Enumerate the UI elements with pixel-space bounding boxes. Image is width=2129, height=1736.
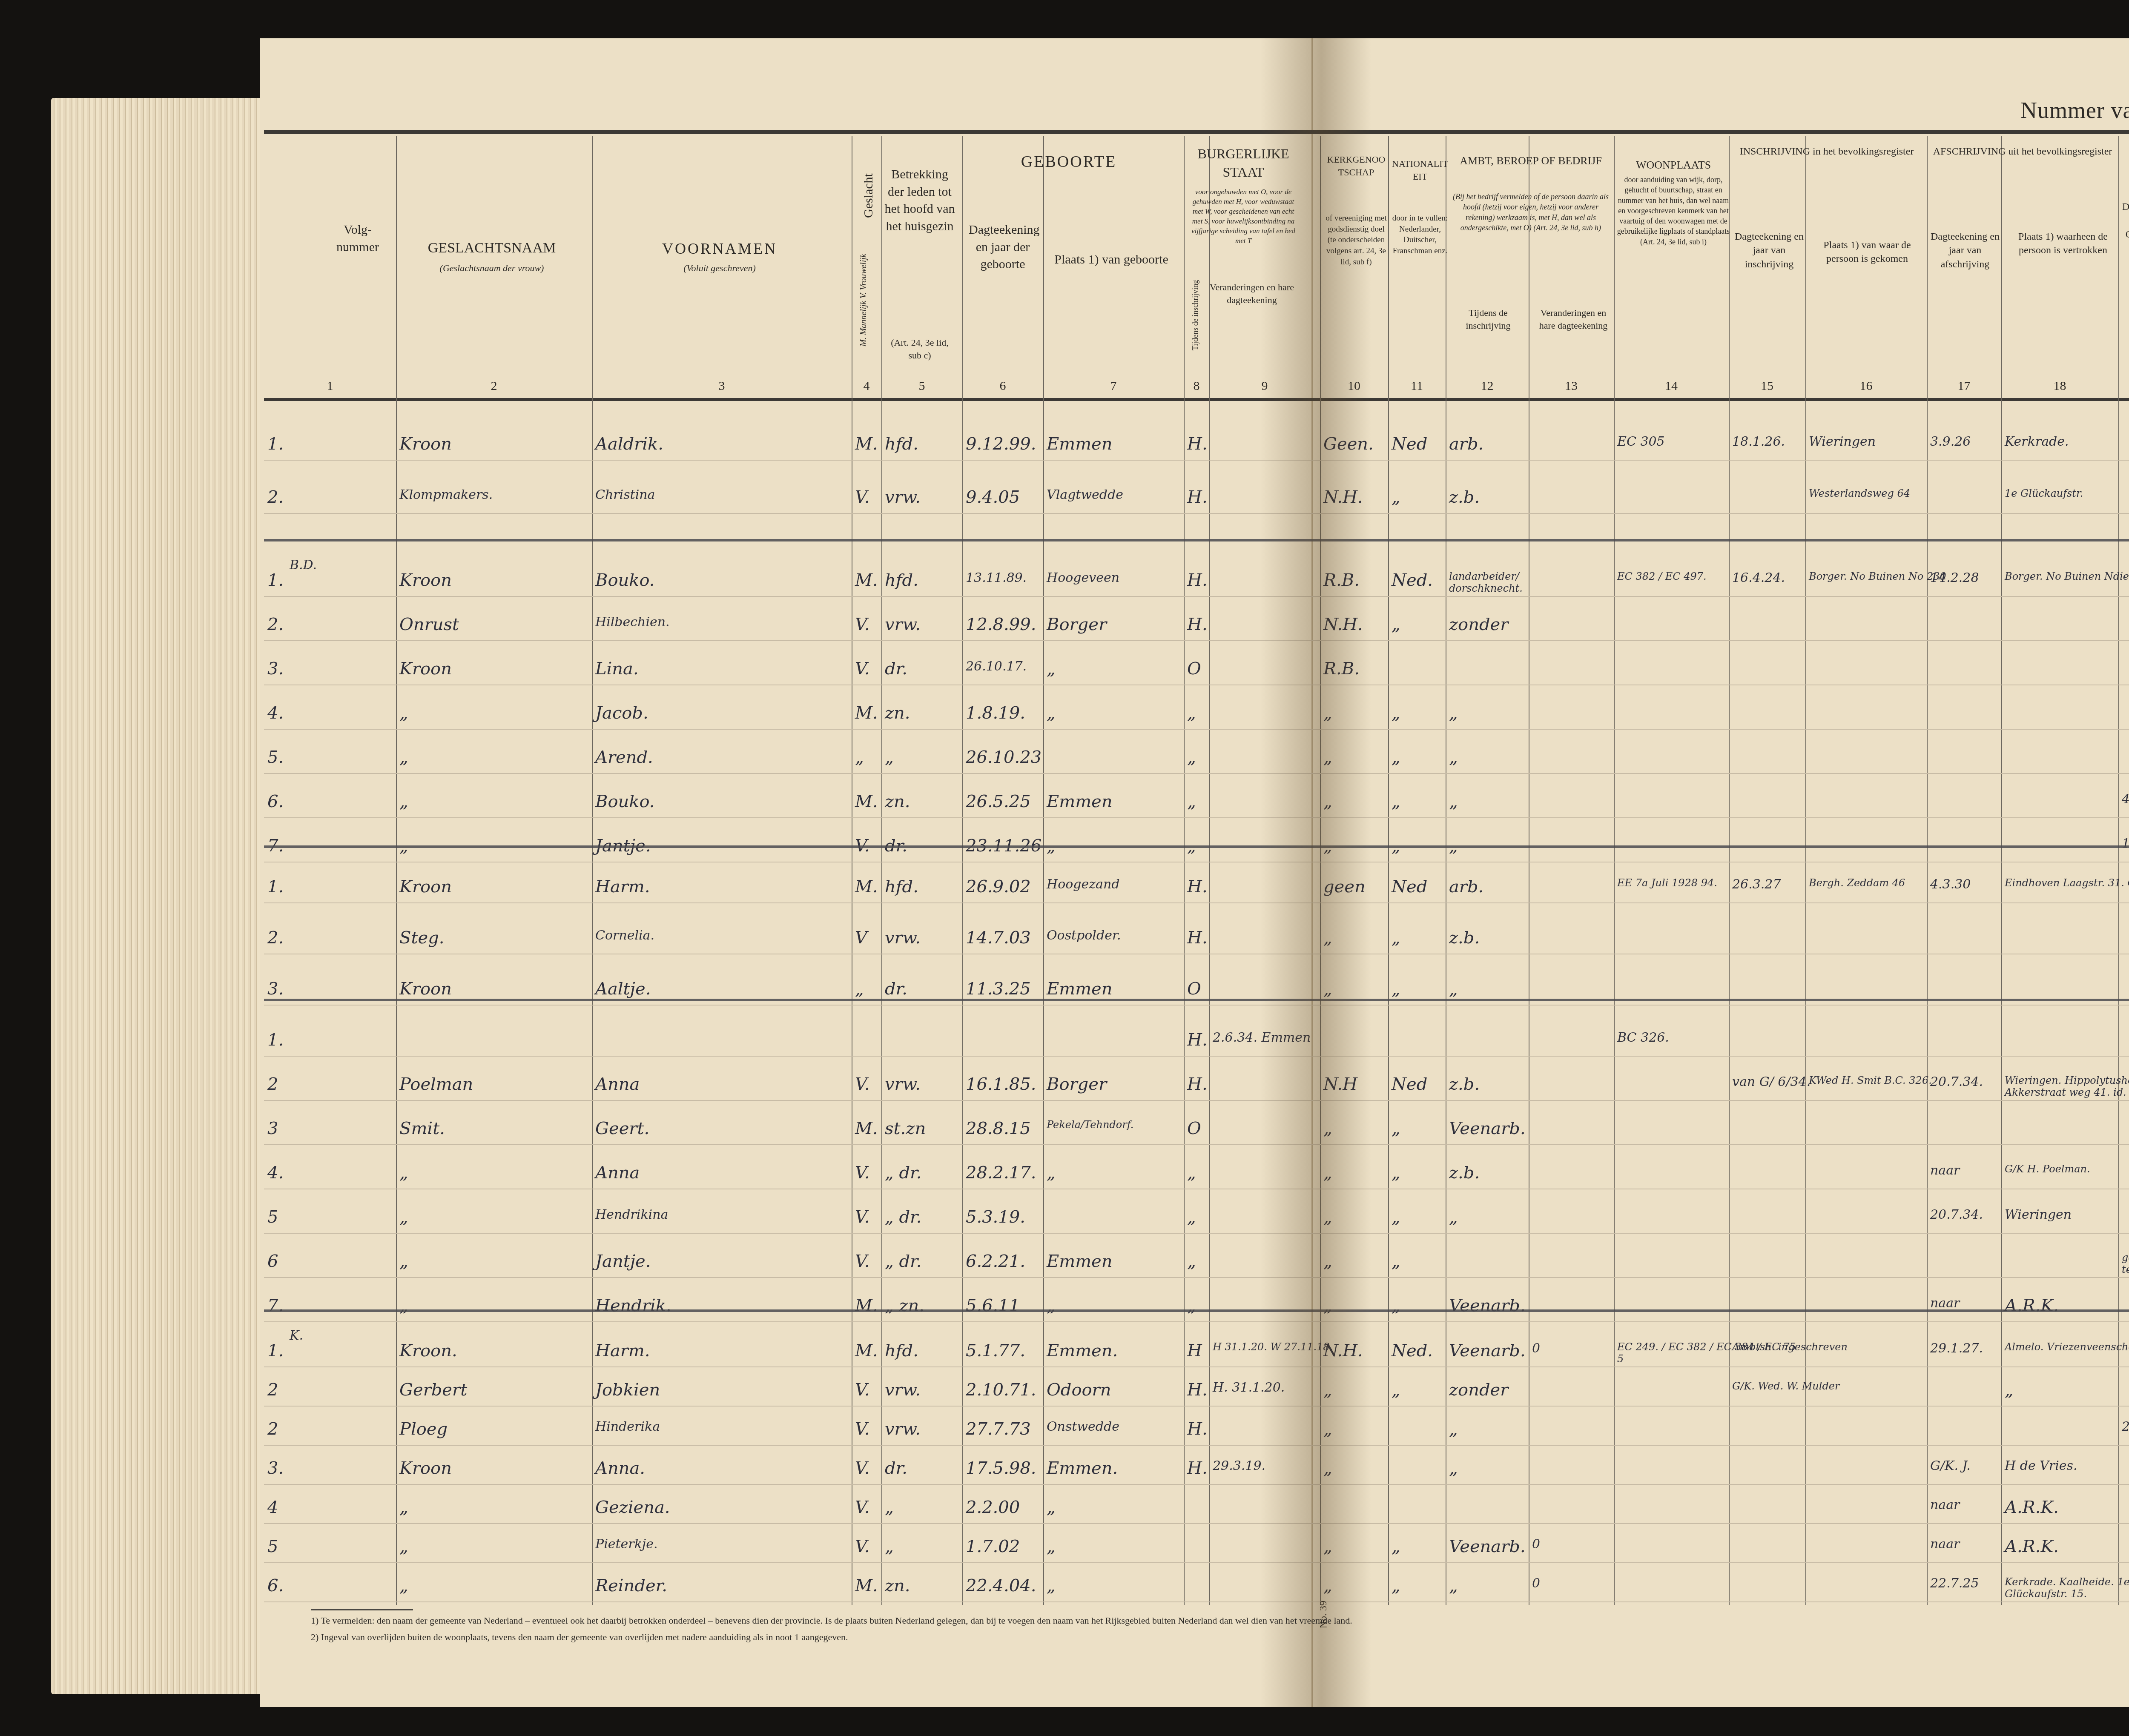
- cell-n: 6.: [267, 1576, 284, 1596]
- cell-church: N.H: [1323, 1074, 1357, 1094]
- geboorte-group-header: GEBOORTE: [969, 151, 1169, 173]
- household-separator: [264, 999, 2129, 1001]
- cell-job: „: [1449, 792, 1458, 811]
- ambt-header: AMBT, BEROEP OF BEDRIJF: [1448, 153, 1614, 168]
- cell-civ-change: H. 31.1.20.: [1213, 1380, 1285, 1395]
- cell-nat: „: [1392, 928, 1400, 948]
- row-ruling: [264, 1523, 2129, 1524]
- cell-n: 1.: [267, 434, 284, 454]
- cell-surname: „: [399, 792, 408, 811]
- cell-surname: Onrust: [399, 615, 459, 634]
- column-number: 12: [1446, 379, 1529, 393]
- cell-n: 6: [267, 1252, 278, 1271]
- cell-given: Hendrikina: [595, 1207, 668, 1222]
- cell-church: Geen.: [1323, 434, 1374, 454]
- cell-nat: „: [1392, 487, 1400, 507]
- cell-job: „: [1449, 1207, 1458, 1227]
- cell-n: 2.: [267, 928, 284, 948]
- afschrijving-header: AFSCHRIJVING uit het bevolkingsregister: [1927, 145, 2118, 158]
- col9-header: Veranderingen en hare dagteekening: [1205, 281, 1299, 306]
- cell-rel: vrw.: [885, 1419, 921, 1439]
- col13-header: Veranderingen en hare dagteekening: [1533, 307, 1614, 332]
- cell-sex: „: [855, 979, 864, 999]
- cell-civ: O: [1187, 1119, 1201, 1138]
- cell-place: „: [1047, 1163, 1056, 1183]
- cell-church: R.B.: [1323, 570, 1360, 590]
- cell-church: „: [1323, 979, 1332, 999]
- cell-rel: hfd.: [885, 434, 918, 454]
- cell-civ: „: [1187, 1207, 1196, 1227]
- page-stack-edge: [51, 98, 273, 1694]
- col16-header: Plaats 1) van waar de persoon is gekomen: [1810, 238, 1925, 266]
- col5-header: Betrekking der leden tot het hoofd van h…: [884, 166, 956, 235]
- cell-job: zonder: [1449, 1380, 1508, 1400]
- cell-born: 28.2.17.: [966, 1163, 1036, 1183]
- row-ruling: [264, 1366, 2129, 1367]
- cell-rel: „: [885, 748, 894, 767]
- col7-header: Plaats 1) van geboorte: [1047, 251, 1175, 269]
- household-margin-note: B.D.: [290, 558, 317, 573]
- cell-church: „: [1323, 1163, 1332, 1183]
- cell-address: EC 382 / EC 497.: [1617, 570, 1707, 582]
- household-separator: [264, 539, 2129, 541]
- cell-place: Odoorn: [1047, 1380, 1111, 1400]
- cell-rel: hfd.: [885, 1341, 918, 1361]
- col14-subheader: door aanduiding van wijk, dorp, gehucht …: [1616, 175, 1731, 247]
- cell-given: Jantje.: [595, 1252, 651, 1271]
- cell-out-to: 1e Glückaufstr.: [2005, 487, 2083, 499]
- cell-place: „: [1047, 659, 1056, 679]
- cell-out-date: 22.7.25: [1930, 1576, 1979, 1591]
- cell-civ-change: H 31.1.20. W 27.11.18.: [1213, 1341, 1390, 1353]
- cell-civ: H.: [1187, 1074, 1208, 1094]
- col17-header: Dagteekening en jaar van afschrijving: [1929, 230, 2001, 271]
- cell-sex: V.: [855, 1419, 870, 1439]
- household-separator: [264, 845, 2129, 848]
- cell-church: geen: [1323, 877, 1366, 897]
- cell-n: 6.: [267, 792, 284, 811]
- cell-born: 11.3.25: [966, 979, 1031, 999]
- cell-civ: H.: [1187, 877, 1208, 897]
- cell-place: „: [1047, 703, 1056, 723]
- cell-church: „: [1323, 1419, 1332, 1439]
- column-divider: [2118, 136, 2119, 1605]
- footnotes: 1) Te vermelden: den naam der gemeente v…: [311, 1613, 1460, 1644]
- cell-nat: „: [1392, 1380, 1400, 1400]
- cell-surname: Kroon: [399, 434, 452, 454]
- cell-born: 9.12.99.: [966, 434, 1036, 454]
- cell-given: Anna: [595, 1074, 640, 1094]
- cell-surname: „: [399, 1252, 408, 1271]
- cell-job: „: [1449, 703, 1458, 723]
- cell-civ: H.: [1187, 928, 1208, 948]
- cell-sex: V.: [855, 1537, 870, 1556]
- cell-sex: M.: [855, 1119, 878, 1138]
- cell-nat: „: [1392, 748, 1400, 767]
- column-divider: [962, 136, 963, 1605]
- cell-rel: vrw.: [885, 615, 921, 634]
- footnote-rule: [311, 1609, 413, 1610]
- cell-job: z.b.: [1449, 487, 1480, 507]
- column-number: 10: [1320, 379, 1388, 393]
- column-number: 5: [881, 379, 962, 393]
- cell-rel: hfd.: [885, 877, 918, 897]
- row-ruling: [264, 1056, 2129, 1057]
- cell-sex: M.: [855, 570, 878, 590]
- cell-job: arb.: [1449, 877, 1483, 897]
- cell-nat: „: [1392, 792, 1400, 811]
- cell-place: Emmen: [1047, 979, 1113, 999]
- column-divider: [852, 136, 852, 1605]
- cell-nat: Ned: [1392, 434, 1427, 454]
- column-divider: [1529, 136, 1529, 1605]
- cell-sex: V.: [855, 1207, 870, 1227]
- cell-nat: „: [1392, 1207, 1400, 1227]
- cell-in-date: 16.4.24.: [1732, 570, 1785, 585]
- cell-rel: dr.: [885, 659, 907, 679]
- row-ruling: [264, 1144, 2129, 1145]
- cell-rel: dr.: [885, 979, 907, 999]
- cell-sex: M.: [855, 1341, 878, 1361]
- col1-header: Volg-nummer: [332, 221, 383, 256]
- cell-civ: H.: [1187, 1380, 1208, 1400]
- column-number: 13: [1529, 379, 1614, 393]
- cell-job: zonder: [1449, 615, 1508, 634]
- cell-civ: H.: [1187, 1030, 1208, 1050]
- col5-subheader: (Art. 24, 3e lid, sub c): [884, 336, 956, 361]
- cell-out-to: Wieringen. Hippolytushoef Akkerstraat we…: [2005, 1074, 2129, 1098]
- column-number: 1: [264, 379, 396, 393]
- cell-job-change: 0: [1532, 1537, 1540, 1552]
- cell-place: Emmen.: [1047, 1341, 1118, 1361]
- cell-rel: vrw.: [885, 487, 921, 507]
- column-divider: [396, 136, 397, 1605]
- cell-place: Pekela/Tehndorf.: [1047, 1119, 1133, 1131]
- row-ruling: [264, 954, 2129, 954]
- cell-surname: Ploeg: [399, 1419, 448, 1439]
- cell-surname: Kroon: [399, 1458, 452, 1478]
- column-divider: [592, 136, 593, 1605]
- row-ruling: [264, 1406, 2129, 1407]
- cell-born: 6.2.21.: [966, 1252, 1025, 1271]
- cell-given: Aaltje.: [595, 979, 651, 999]
- cell-church: „: [1323, 1537, 1332, 1556]
- column-number: 2: [396, 379, 592, 393]
- cell-n: 3: [267, 1119, 278, 1138]
- cell-rel: „ dr.: [885, 1207, 921, 1227]
- cell-rel: st.zn: [885, 1119, 926, 1138]
- cell-civ: „: [1187, 703, 1196, 723]
- column-number: 7: [1043, 379, 1184, 393]
- cell-n: 7.: [267, 1296, 284, 1315]
- row-ruling: [264, 596, 2129, 597]
- cell-out-date: G/K. J.: [1930, 1458, 1971, 1473]
- cell-job: „: [1449, 1576, 1458, 1596]
- cell-in-date: van G/ 6/34.: [1732, 1074, 1811, 1089]
- col15-header: Dagteekening en jaar van inschrijving: [1733, 230, 1805, 271]
- col10-header: KERKGENOOTSCHAP: [1324, 153, 1388, 178]
- cell-born: 5.6.11: [966, 1296, 1020, 1315]
- col11-subheader: door in te vullen: Nederlander, Duitsche…: [1390, 213, 1450, 257]
- cell-given: Christina: [595, 487, 655, 502]
- cell-church: „: [1323, 1458, 1332, 1478]
- cell-sex: V.: [855, 1498, 870, 1517]
- cell-surname: Smit.: [399, 1119, 445, 1138]
- cell-out-date: naar: [1930, 1498, 1960, 1513]
- cell-surname: Kroon: [399, 877, 452, 897]
- cell-n: 2: [267, 1380, 278, 1400]
- cell-born: 5.3.19.: [966, 1207, 1025, 1227]
- burgerlijke-staat-header: BURGERLIJKE STAAT: [1188, 145, 1299, 181]
- cell-n: 5.: [267, 748, 284, 767]
- cell-in-from: Wieringen: [1809, 434, 1876, 449]
- cell-surname: „: [399, 1498, 408, 1517]
- column-number: 15: [1729, 379, 1805, 393]
- cell-church: R.B.: [1323, 659, 1360, 679]
- cell-out-date: 29.1.27.: [1930, 1341, 1983, 1356]
- cell-job: „: [1449, 979, 1458, 999]
- col6-header: Dagteekening en jaar der geboorte: [969, 221, 1037, 273]
- cell-place: Borger: [1047, 1074, 1107, 1094]
- cell-death: 27.11.18: [2122, 1419, 2129, 1434]
- cell-sex: V.: [855, 1163, 870, 1183]
- cell-out-to: „: [2005, 1380, 2014, 1400]
- row-ruling: [264, 1562, 2129, 1563]
- column-number: 9: [1209, 379, 1320, 393]
- cell-n: 2: [267, 1074, 278, 1094]
- cell-given: Pieterkje.: [595, 1537, 657, 1552]
- col18-header: Plaats 1) waarheen de persoon is vertrok…: [2006, 230, 2120, 258]
- cell-out-date: 3.9.26: [1930, 434, 1971, 449]
- cell-sex: V.: [855, 659, 870, 679]
- cell-out-date: 14.2.28: [1930, 570, 1979, 585]
- column-number: 16: [1805, 379, 1927, 393]
- cell-job: Veenarb.: [1449, 1537, 1526, 1556]
- cell-surname: „: [399, 748, 408, 767]
- cell-rel: dr.: [885, 1458, 907, 1478]
- footnote-2: 2) Ingeval van overlijden buiten de woon…: [311, 1630, 1460, 1644]
- cell-death: 4.8.25: [2122, 792, 2129, 807]
- cell-civ: H: [1187, 1341, 1202, 1361]
- column-divider: [1043, 136, 1044, 1605]
- column-number: 3: [592, 379, 852, 393]
- cell-n: 1.: [267, 1341, 284, 1361]
- cell-in-from: Bergh. Zeddam 46: [1809, 877, 1905, 889]
- col2-header: GESLACHTSNAAM: [400, 238, 583, 258]
- column-number: 4: [852, 379, 881, 393]
- cell-job: Veenarb.: [1449, 1119, 1526, 1138]
- cell-given: Jobkien: [595, 1380, 660, 1400]
- cell-surname: Klompmakers.: [399, 487, 493, 502]
- cell-civ: H.: [1187, 570, 1208, 590]
- cell-born: 1.7.02: [966, 1537, 1020, 1556]
- cell-job: Veenarb.: [1449, 1296, 1526, 1315]
- cell-born: 5.1.77.: [966, 1341, 1025, 1361]
- cell-civ: „: [1187, 792, 1196, 811]
- column-divider: [1209, 136, 1210, 1605]
- cell-out-to: A.R.K.: [2005, 1296, 2059, 1315]
- cell-place: Emmen: [1047, 792, 1113, 811]
- cell-surname: „: [399, 703, 408, 723]
- row-ruling: [264, 1321, 2129, 1322]
- cell-rel: zn.: [885, 792, 910, 811]
- row-ruling: [264, 729, 2129, 730]
- cell-sex: V.: [855, 1074, 870, 1094]
- cell-job: „: [1449, 1458, 1458, 1478]
- cell-born: 9.4.05: [966, 487, 1020, 507]
- cell-rel: hfd.: [885, 570, 918, 590]
- cell-place: Hoogeveen: [1047, 570, 1119, 585]
- cell-n: 2.: [267, 487, 284, 507]
- cell-given: Lina.: [595, 659, 639, 679]
- cell-civ: „: [1187, 1163, 1196, 1183]
- cell-given: Geert.: [595, 1119, 649, 1138]
- cell-given: Anna: [595, 1163, 640, 1183]
- cell-sex: M.: [855, 1576, 878, 1596]
- cell-born: 26.5.25: [966, 792, 1031, 811]
- cell-place: „: [1047, 1498, 1056, 1517]
- cell-surname: „: [399, 1207, 408, 1227]
- cell-sex: M.: [855, 703, 878, 723]
- cell-nat: „: [1392, 1576, 1400, 1596]
- cell-born: 17.5.98.: [966, 1458, 1036, 1478]
- cell-nat: Ned: [1392, 877, 1427, 897]
- column-divider: [1184, 136, 1185, 1605]
- row-ruling: [264, 862, 2129, 862]
- cell-born: 14.7.03: [966, 928, 1031, 948]
- cell-out-date: naar: [1930, 1296, 1960, 1311]
- cell-civ: „: [1187, 748, 1196, 767]
- col12-header: Tijdens de inschrijving: [1448, 307, 1529, 332]
- cell-church: „: [1323, 1207, 1332, 1227]
- cell-church: „: [1323, 792, 1332, 811]
- cell-job: arb.: [1449, 434, 1483, 454]
- row-ruling: [264, 817, 2129, 818]
- cell-given: Hendrik.: [595, 1296, 671, 1315]
- cell-n: 3.: [267, 979, 284, 999]
- cell-nat: „: [1392, 615, 1400, 634]
- cell-given: Arend.: [595, 748, 653, 767]
- cell-nat: „: [1392, 1119, 1400, 1138]
- cell-church: „: [1323, 703, 1332, 723]
- cell-surname: Poelman: [399, 1074, 473, 1094]
- cell-out-date: 20.7.34.: [1930, 1074, 1983, 1089]
- cell-civ: „: [1187, 1296, 1196, 1315]
- cell-surname: „: [399, 1296, 408, 1315]
- ambt-note: (Bij het bedrijf vermelden of de persoon…: [1448, 192, 1614, 233]
- cell-sex: M.: [855, 792, 878, 811]
- cell-nat: „: [1392, 1296, 1400, 1315]
- cell-nat: „: [1392, 979, 1400, 999]
- cell-out-date: 20.7.34.: [1930, 1207, 1983, 1222]
- col2-subheader: (Geslachtsnaam der vrouw): [400, 262, 583, 275]
- cell-place: Emmen: [1047, 1252, 1113, 1271]
- cell-place: Vlagtwedde: [1047, 487, 1123, 502]
- cell-church: „: [1323, 1380, 1332, 1400]
- cell-rel: „ zn.: [885, 1296, 924, 1315]
- cell-church: N.H.: [1323, 487, 1363, 507]
- cell-job: z.b.: [1449, 1074, 1480, 1094]
- cell-out-date: 4.3.30: [1930, 877, 1971, 892]
- row-ruling: [264, 1601, 2129, 1602]
- sheet-number-label: Nummer van het blad: [2020, 97, 2129, 123]
- row-ruling: [264, 1445, 2129, 1446]
- cell-job: landarbeider/ dorschknecht.: [1449, 570, 1582, 594]
- cell-in-date: 26.3.27: [1732, 877, 1781, 892]
- cell-sex: V.: [855, 1380, 870, 1400]
- cell-n: 1.: [267, 570, 284, 590]
- cell-church: „: [1323, 1119, 1332, 1138]
- row-ruling: [264, 513, 2129, 514]
- cell-given: Hilbechien.: [595, 615, 670, 630]
- cell-job-change: 0: [1532, 1576, 1540, 1591]
- cell-place: Emmen: [1047, 434, 1113, 454]
- col3-header: VOORNAMEN: [596, 238, 843, 259]
- col3-subheader: (Voluit geschreven): [596, 262, 843, 275]
- inschrijving-header: INSCHRIJVING in het bevolkingsregister: [1729, 145, 1925, 158]
- cell-n: 3.: [267, 1458, 284, 1478]
- cell-n: 5: [267, 1537, 278, 1556]
- cell-born: 2.10.71.: [966, 1380, 1036, 1400]
- row-ruling: [264, 1005, 2129, 1006]
- cell-sex: M.: [855, 877, 878, 897]
- cell-sex: V.: [855, 615, 870, 634]
- cell-given: Harm.: [595, 1341, 650, 1361]
- column-number: 17: [1927, 379, 2001, 393]
- cell-civ: H.: [1187, 615, 1208, 634]
- cell-nat: Ned.: [1392, 1341, 1433, 1361]
- cell-nat: „: [1392, 1163, 1400, 1183]
- row-ruling: [264, 1233, 2129, 1234]
- row-ruling: [264, 1277, 2129, 1278]
- cell-civ: H.: [1187, 487, 1208, 507]
- cell-in-date: Ambtsh. ingeschreven: [1732, 1341, 1855, 1353]
- column-number: 19: [2118, 379, 2129, 393]
- cell-job: „: [1449, 748, 1458, 767]
- cell-n: 4.: [267, 703, 284, 723]
- row-ruling: [264, 685, 2129, 685]
- column-divider: [2001, 136, 2002, 1605]
- column-number: 18: [2001, 379, 2118, 393]
- cell-in-date: G/K. Wed. W. Mulder: [1732, 1380, 1855, 1392]
- cell-church: „: [1323, 1252, 1332, 1271]
- cell-place: Hoogezand: [1047, 877, 1119, 892]
- cell-surname: „: [399, 1163, 408, 1183]
- row-ruling: [264, 773, 2129, 774]
- col11-header: NATIONALITEIT: [1390, 158, 1450, 183]
- cell-surname: Kroon: [399, 570, 452, 590]
- cell-born: 28.8.15: [966, 1119, 1031, 1138]
- cell-civ-change: 2.6.34. Emmen: [1213, 1030, 1311, 1045]
- cell-given: Geziena.: [595, 1498, 670, 1517]
- row-ruling: [264, 902, 2129, 903]
- cell-sex: „: [855, 748, 864, 767]
- cell-given: Reinder.: [595, 1576, 667, 1596]
- cell-surname: „: [399, 1576, 408, 1596]
- cell-surname: Steg.: [399, 928, 444, 948]
- cell-given: Jacob.: [595, 703, 648, 723]
- cell-civ: „: [1187, 1252, 1196, 1271]
- column-divider: [1614, 136, 1615, 1605]
- cell-out-to: Borger. No Buinen Ndiep no 67.: [2005, 570, 2129, 582]
- cell-born: 1.8.19.: [966, 703, 1025, 723]
- row-ruling: [264, 640, 2129, 641]
- cell-out-to: Wieringen: [2005, 1207, 2072, 1222]
- cell-n: 1.: [267, 1030, 284, 1050]
- column-number: 14: [1614, 379, 1729, 393]
- cell-rel: „ dr.: [885, 1163, 921, 1183]
- cell-given: Harm.: [595, 877, 650, 897]
